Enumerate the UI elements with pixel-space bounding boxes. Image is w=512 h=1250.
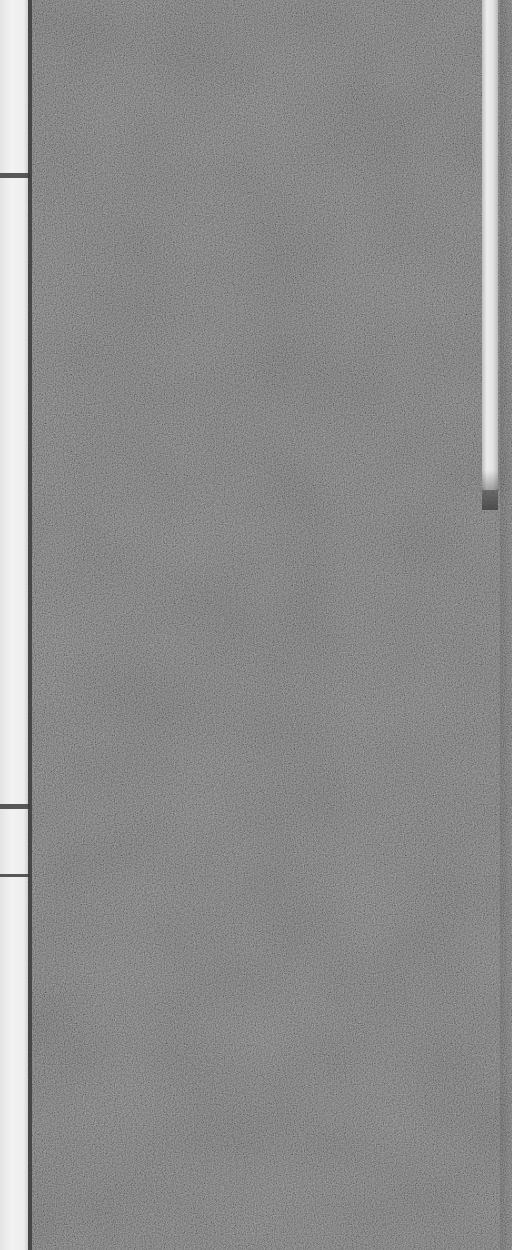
road-surface-photo <box>0 0 512 1250</box>
left-edge-line <box>0 0 28 1250</box>
edge-line-shadow <box>28 0 32 1250</box>
lane-dash-end <box>482 470 498 510</box>
crack-lower-1 <box>0 804 30 809</box>
crack-lower-2 <box>0 874 30 877</box>
asphalt-texture <box>0 0 512 1250</box>
lane-dash-marking <box>482 0 498 490</box>
right-shoulder-shade <box>500 0 512 1250</box>
crack-upper <box>0 173 30 178</box>
